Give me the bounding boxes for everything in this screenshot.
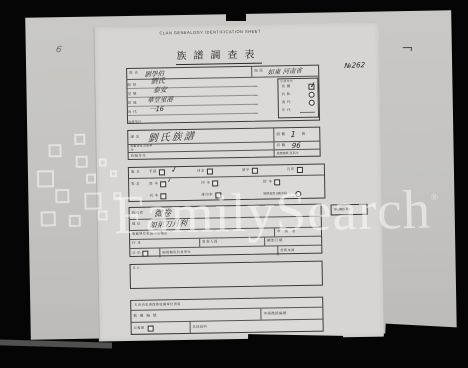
form-title: 族譜調查表 — [176, 46, 262, 65]
center-address-label: 收藏單位家族中心地址 — [132, 233, 168, 237]
holder-value: 微卷 — [153, 206, 171, 219]
filming-date-cell: 攝影日期 — [265, 237, 321, 246]
library-table: 本表由家譜微捲收藏單位填寫 館 藏 編 號 申請微捲編號 已複製 其他說明 — [130, 297, 324, 335]
option-label: 鈔 本 — [263, 181, 272, 185]
filming-agency-label: 委託攝影 單位 — [334, 208, 364, 212]
option-label: 刊本 — [197, 170, 205, 174]
identity-table: 姓 氏 劉學伯 地 區 如東 河南省 始 祖 劉氏 堂 號 泰安 居 地 華堂里… — [126, 65, 320, 124]
bibliographic-table: 譜 名 劉氏族譜 冊 數 1 冊 編纂者及 出版單位 頁 數 96 出版年月 微… — [127, 127, 320, 160]
option-label: 活字 — [242, 169, 250, 173]
registered-mark: ® — [431, 192, 438, 202]
filming-agency-box: 委託攝影 單位 — [331, 204, 368, 216]
spacer-cell — [129, 191, 149, 203]
applicant-cell: 申 請 者 — [275, 228, 321, 237]
watermark-logo-square — [41, 211, 56, 226]
reel-request-label: 申請微捲編號 — [263, 312, 286, 316]
watermark-logo-square — [74, 134, 85, 145]
option-label: 刊 本 — [149, 195, 158, 199]
binding-option: 刊 本 — [149, 193, 201, 200]
era-footer-label: 年 代 — [282, 109, 291, 113]
option-label: 印 本 — [201, 182, 210, 186]
checkbox — [309, 99, 315, 105]
era-option-label: 共 和 — [282, 93, 291, 97]
row-label: 世 代 — [128, 110, 137, 114]
option-label: 手寫 — [149, 171, 157, 175]
applicant-label: 申 請 者 — [277, 230, 297, 234]
checkbox — [143, 250, 149, 256]
film-unit-label: 縮微攝影負責單位 — [162, 251, 191, 255]
watermark-logo-square — [55, 189, 69, 203]
copied-label: 已複製 — [134, 327, 145, 330]
title-label: 譜 名 — [130, 136, 139, 140]
film-edge-sliver — [0, 339, 112, 348]
row-label: 堂 號 — [128, 92, 137, 96]
checkbox — [309, 92, 315, 98]
backing-card: 6 CLAN GENEALOGY IDENTIFICATION SHEET 族譜… — [25, 10, 457, 339]
shelf-number-label: 館 藏 編 號 — [133, 314, 157, 318]
binding-label-cell: 裝 訂 — [129, 179, 149, 191]
address-value: 如東刀月利 — [149, 217, 187, 230]
film-torn-edge-right — [384, 324, 468, 355]
pencil-mark: 6 — [55, 45, 63, 56]
residence-cell: 住 址 — [130, 239, 200, 248]
pencil-dash-mark — [403, 47, 412, 48]
edition-option: 刊本 — [197, 168, 242, 175]
watermark-logo-square — [86, 174, 96, 184]
pubdate-label: 出版年月 — [131, 154, 147, 158]
surname-label: 姓 氏 — [129, 72, 138, 76]
checkbox — [252, 168, 258, 174]
area-cell: 地 區 如東 河南省 — [252, 66, 318, 77]
funding-label: 經費來源 — [280, 249, 294, 252]
remarks-box: 備 註 — [130, 261, 323, 289]
microfilm-frame: { "colors": {"film": "#050505", "card": … — [0, 0, 468, 368]
watermark-logo-square — [76, 156, 88, 168]
checkbox — [295, 191, 301, 197]
era-footer: 年 代 — [279, 106, 318, 115]
holder-label: 收藏者 — [132, 211, 144, 215]
checkbox — [212, 180, 218, 186]
filmed-label: 已 拍 — [132, 252, 141, 255]
era-box: 出版年代 民 國 ✓ 共 和 清 代 年 代 — [277, 78, 319, 119]
check-mark: ✓ — [170, 165, 179, 175]
row-label: 居 地 — [128, 101, 137, 105]
row-label: 收藏單位 — [128, 121, 142, 124]
filming-table: 委託攝影 單位 收藏者 微卷 地 址 如東刀月利 收藏單位家族中心地址 申 請 … — [129, 204, 323, 257]
edition-label: 版 本 — [131, 171, 140, 175]
film-torn-edge-center — [248, 334, 343, 348]
checkbox — [147, 325, 153, 331]
option-label: 排印本 — [201, 194, 213, 198]
binding-option: 印 本 — [201, 180, 263, 187]
sheet-number: №262 — [344, 55, 365, 73]
pages-label: 頁 數 — [276, 144, 285, 148]
sheet-number-value: №262 — [344, 61, 365, 70]
checkbox-checked — [159, 169, 165, 175]
watermark-logo-square — [69, 215, 81, 227]
reel-request-cell: 申請微捲編號 — [261, 308, 322, 320]
filmed-cell: 已 拍 — [130, 248, 160, 258]
shelf-number-cell: 館 藏 編 號 — [131, 309, 261, 322]
row-value: 一16 — [149, 104, 164, 114]
residence-label: 住 址 — [132, 242, 141, 246]
checkbox — [160, 193, 166, 199]
edition-option: 活字 — [242, 167, 287, 174]
copied-cell: 已複製 — [132, 322, 191, 334]
film-sprocket-notch — [226, 0, 246, 21]
staff-label: 負責人員 — [202, 241, 218, 245]
other-notes-cell: 其他說明 — [191, 320, 323, 333]
area-value: 如東 河南省 — [267, 65, 302, 76]
binding-option: 鈔 本 — [263, 179, 280, 185]
staff-cell: 負責人員 — [200, 238, 265, 247]
volumes-label: 冊 數 — [276, 133, 285, 137]
edition-label-cell: 版 本 — [129, 168, 149, 178]
watermark-logo-square — [48, 144, 61, 157]
era-option-label: 清 代 — [282, 101, 291, 105]
address-label: 地 址 — [132, 223, 141, 227]
blank-line — [300, 108, 315, 113]
edition-option: 手寫 ✓ — [149, 169, 197, 176]
era-option-label: 民 國 — [281, 85, 290, 89]
option-label: 石印 — [287, 168, 295, 172]
option-label: 縮微複製 (請註明) — [263, 192, 293, 196]
checkbox — [207, 168, 213, 174]
volumes-unit: 冊 — [302, 133, 306, 137]
row-label: 始 祖 — [127, 83, 136, 87]
check-mark: ✓ — [166, 177, 172, 185]
funding-cell: 經費來源 — [278, 246, 321, 256]
remarks-label: 備 註 — [133, 267, 141, 270]
watermark-logo-square — [37, 170, 54, 187]
volumes-cell: 冊 數 1 冊 — [273, 128, 319, 142]
checkbox-checked — [160, 181, 166, 187]
checkbox — [297, 167, 303, 173]
binding-label: 裝 訂 — [131, 183, 140, 187]
checkbox — [274, 179, 280, 185]
volumes-value: 1 — [291, 130, 297, 139]
binding-option: 排印本 — [201, 192, 263, 199]
checkbox — [215, 192, 221, 198]
area-label: 地 區 — [254, 70, 263, 74]
other-notes-label: 其他說明 — [193, 326, 207, 329]
binding-option: 縮微複製 (請註明) — [263, 191, 301, 198]
edition-table: 版 本 手寫 ✓ 刊本 活字 石印 裝 訂 — [128, 164, 326, 202]
reel-label: 微捲號碼 及頁次 — [277, 152, 303, 156]
binding-option: 寫 本 ✓ — [149, 181, 201, 188]
filming-date-label: 攝影日期 — [267, 240, 283, 244]
edition-option: 石印 — [287, 167, 303, 173]
library-header: 本表由家譜微捲收藏單位填寫 — [134, 303, 181, 307]
reel-cell: 微捲號碼 及頁次 — [274, 149, 320, 158]
identity-left-rows: 始 祖 劉氏 堂 號 泰安 居 地 華堂里港 世 代 一16 收藏單位 — [127, 78, 258, 125]
option-label: 寫 本 — [149, 183, 158, 187]
